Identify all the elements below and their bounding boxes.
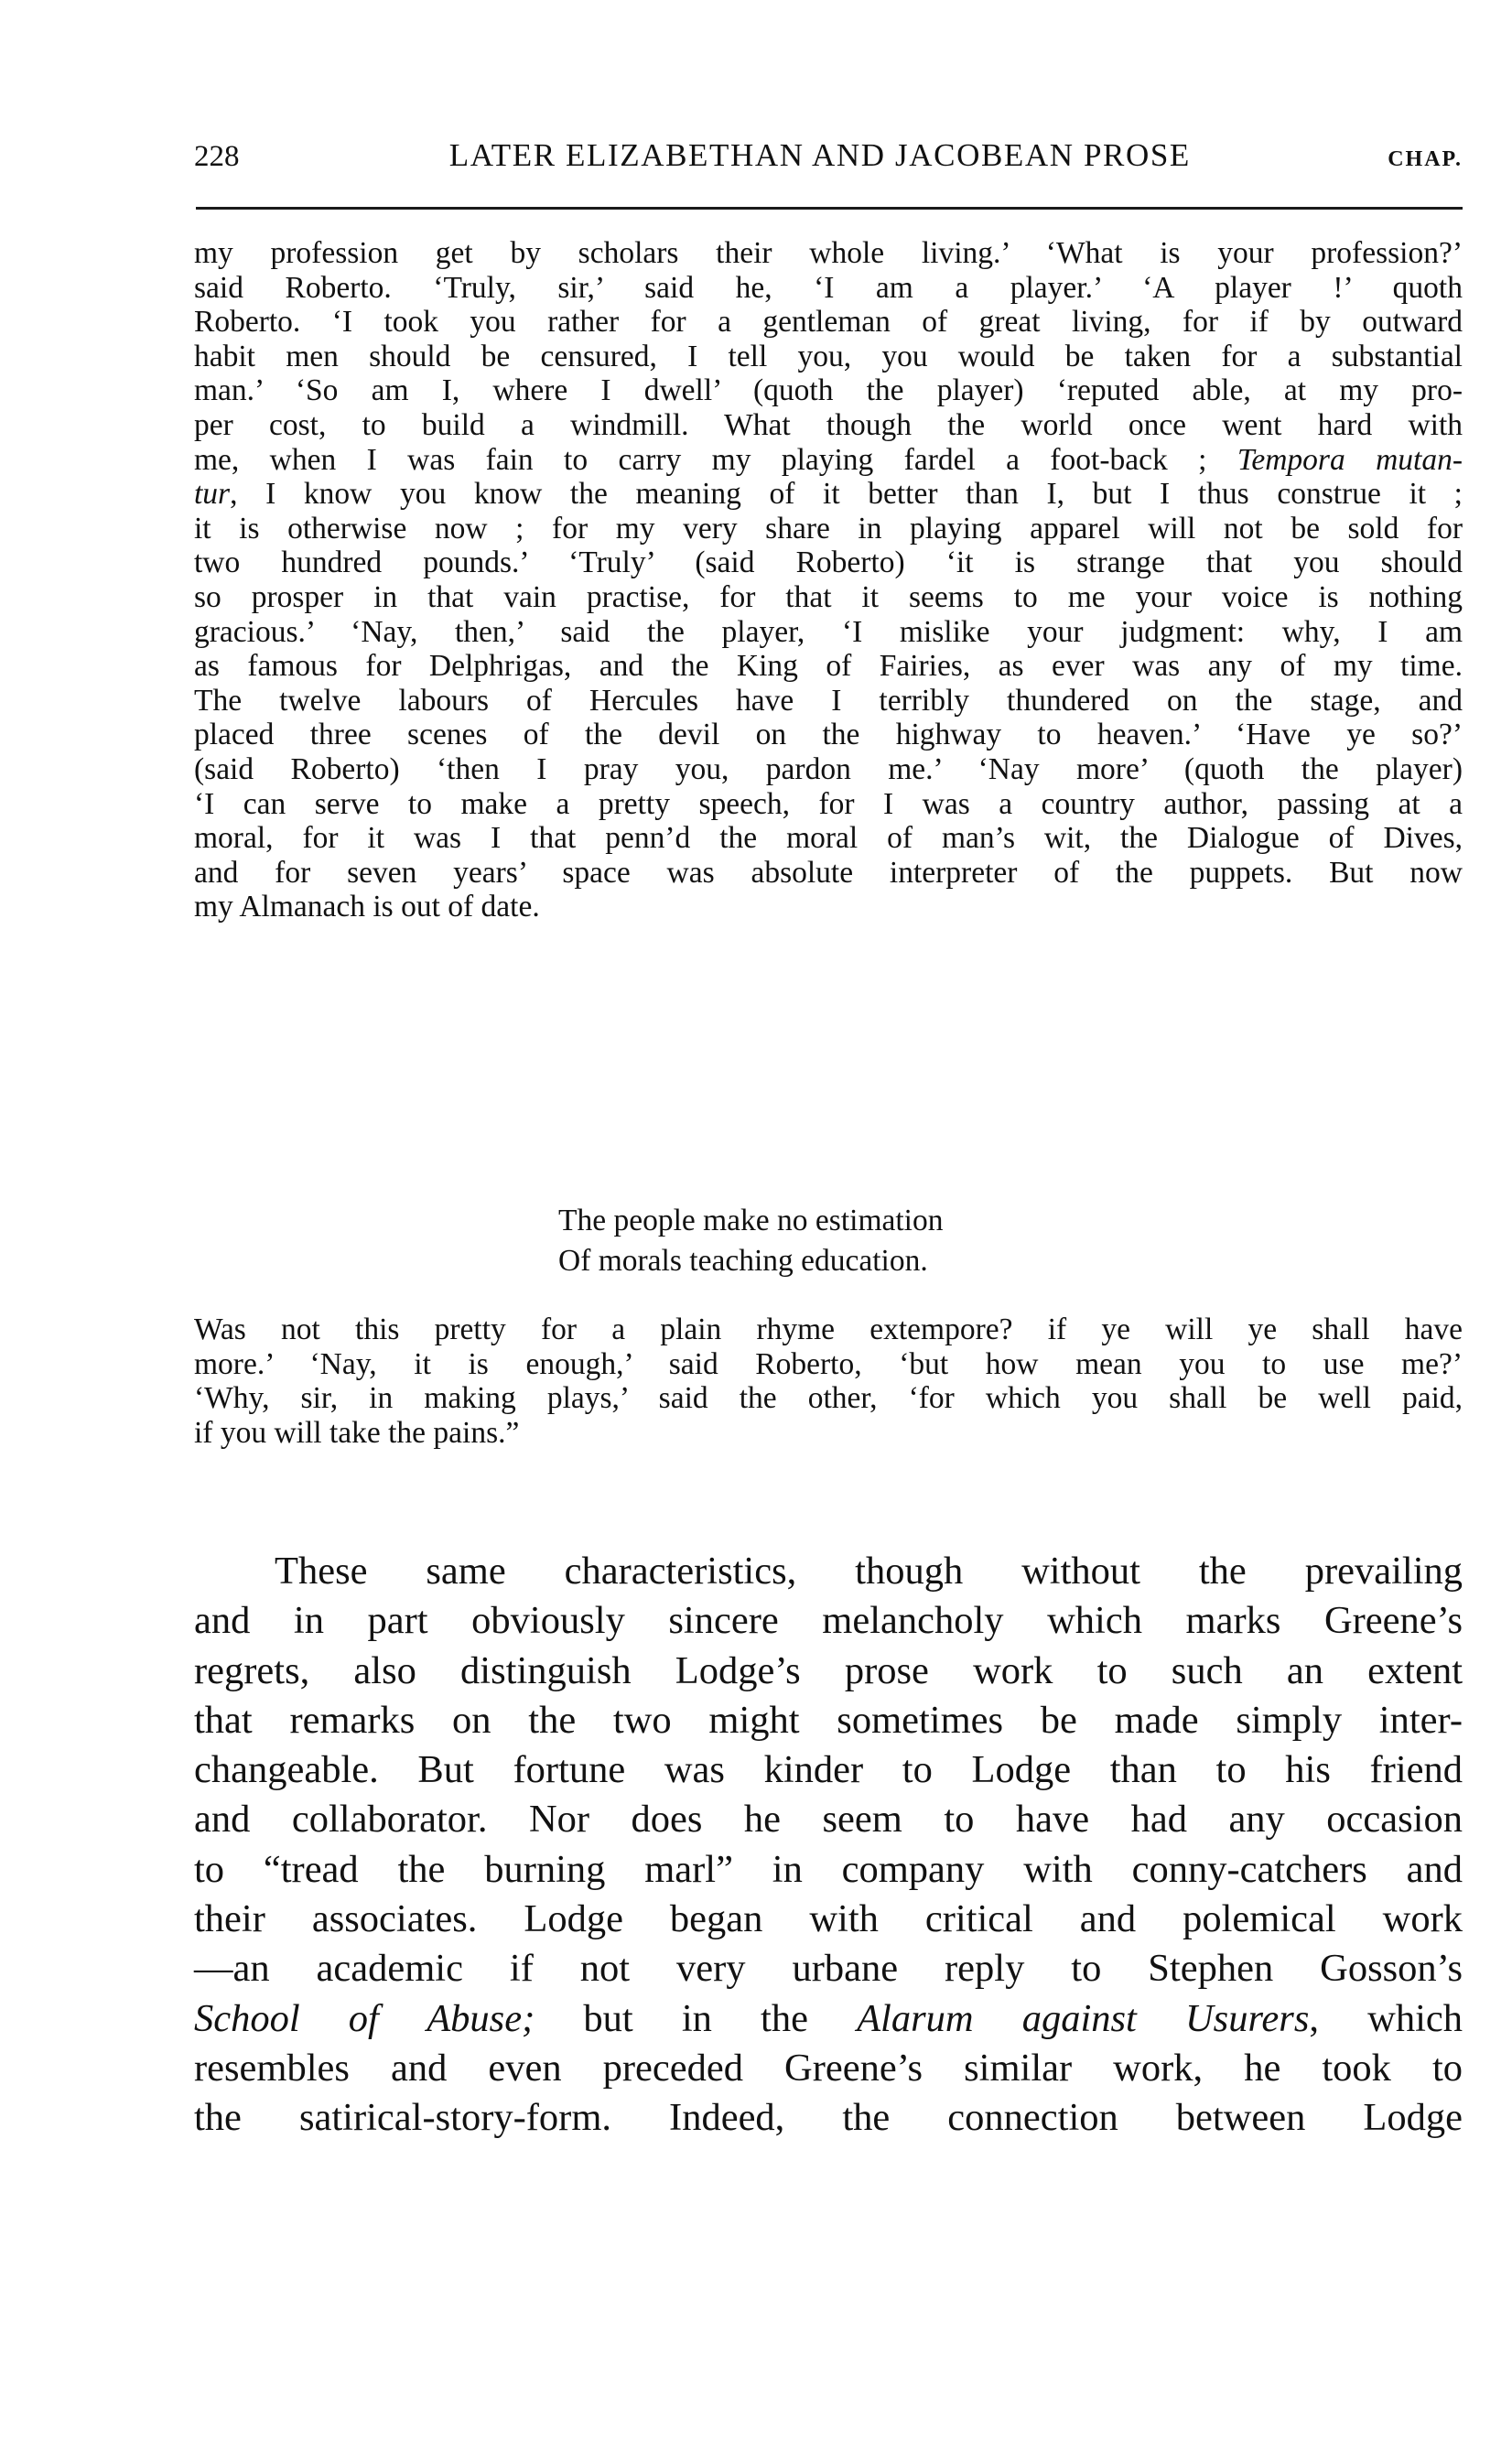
text-line: resembles and even preceded Greene’s sim… <box>194 2044 1463 2093</box>
verse-line: Of morals teaching education. <box>194 1241 1463 1281</box>
page-number: 228 <box>194 140 240 174</box>
book-title: Alarum against Usurers <box>857 1997 1309 2040</box>
text-line: so prosper in that vain practise, for th… <box>194 580 1463 615</box>
text-line: if you will take the pains.” <box>194 1416 1463 1451</box>
header-rule <box>196 207 1463 210</box>
text-line: as famous for Delphrigas, and the King o… <box>194 649 1463 684</box>
quoted-passage-continued: Was not this pretty for a plain rhyme ex… <box>194 1313 1463 1450</box>
verse-couplet: The people make no estimation Of morals … <box>194 1201 1463 1281</box>
text-line: and for seven years’ space was absolute … <box>194 856 1463 891</box>
latin-phrase: tur <box>194 477 230 511</box>
body-paragraph: These same characteristics, though witho… <box>194 1547 1463 2144</box>
text-line: regrets, also distinguish Lodge’s prose … <box>194 1647 1463 1696</box>
text-line: the satirical-story-form. Indeed, the co… <box>194 2093 1463 2143</box>
text-line: tur, I know you know the meaning of it b… <box>194 477 1463 512</box>
text-line: —an academic if not very urbane reply to… <box>194 1944 1463 1993</box>
text-line: Was not this pretty for a plain rhyme ex… <box>194 1313 1463 1347</box>
text-line: more.’ ‘Nay, it is enough,’ said Roberto… <box>194 1347 1463 1382</box>
text-line: habit men should be censured, I tell you… <box>194 340 1463 374</box>
text-line: their associates. Lodge began with criti… <box>194 1895 1463 1944</box>
text-line: ‘I can serve to make a pretty speech, fo… <box>194 787 1463 822</box>
quoted-passage: my profession get by scholars their whol… <box>194 236 1463 924</box>
text-line: to “tread the burning marl” in company w… <box>194 1845 1463 1895</box>
book-title: School of Abuse; <box>194 1997 535 2040</box>
running-head: 228 LATER ELIZABETHAN AND JACOBEAN PROSE… <box>194 137 1463 183</box>
text-line: me, when I was fain to carry my playing … <box>194 443 1463 478</box>
text-line: placed three scenes of the devil on the … <box>194 718 1463 752</box>
text-line: (said Roberto) ‘then I pray you, pardon … <box>194 752 1463 787</box>
text-line: gracious.’ ‘Nay, then,’ said the player,… <box>194 615 1463 650</box>
text-line: that remarks on the two might sometimes … <box>194 1696 1463 1745</box>
text-line: School of Abuse; but in the Alarum again… <box>194 1994 1463 2044</box>
text-line: per cost, to build a windmill. What thou… <box>194 408 1463 443</box>
text-line: ‘Why, sir, in making plays,’ said the ot… <box>194 1381 1463 1416</box>
latin-phrase: Tempora mutan- <box>1237 443 1463 477</box>
text-line: The twelve labours of Hercules have I te… <box>194 684 1463 718</box>
text-line: my Almanach is out of date. <box>194 890 1463 924</box>
text-line: man.’ ‘So am I, where I dwell’ (quoth th… <box>194 373 1463 408</box>
text-line: changeable. But fortune was kinder to Lo… <box>194 1745 1463 1795</box>
verse-line: The people make no estimation <box>194 1201 1463 1241</box>
text-line: said Roberto. ‘Truly, sir,’ said he, ‘I … <box>194 271 1463 306</box>
text-line: and in part obviously sincere melancholy… <box>194 1596 1463 1646</box>
running-title: LATER ELIZABETHAN AND JACOBEAN PROSE <box>240 137 1388 174</box>
text-line: my profession get by scholars their whol… <box>194 236 1463 271</box>
text-line: moral, for it was I that penn’d the mora… <box>194 821 1463 856</box>
text-line: it is otherwise now ; for my very share … <box>194 512 1463 546</box>
text-line: two hundred pounds.’ ‘Truly’ (said Rober… <box>194 546 1463 580</box>
text-line: and collaborator. Nor does he seem to ha… <box>194 1795 1463 1844</box>
text-line: These same characteristics, though witho… <box>194 1547 1463 1596</box>
text-line: Roberto. ‘I took you rather for a gentle… <box>194 305 1463 340</box>
chapter-label: CHAP. <box>1388 147 1463 172</box>
